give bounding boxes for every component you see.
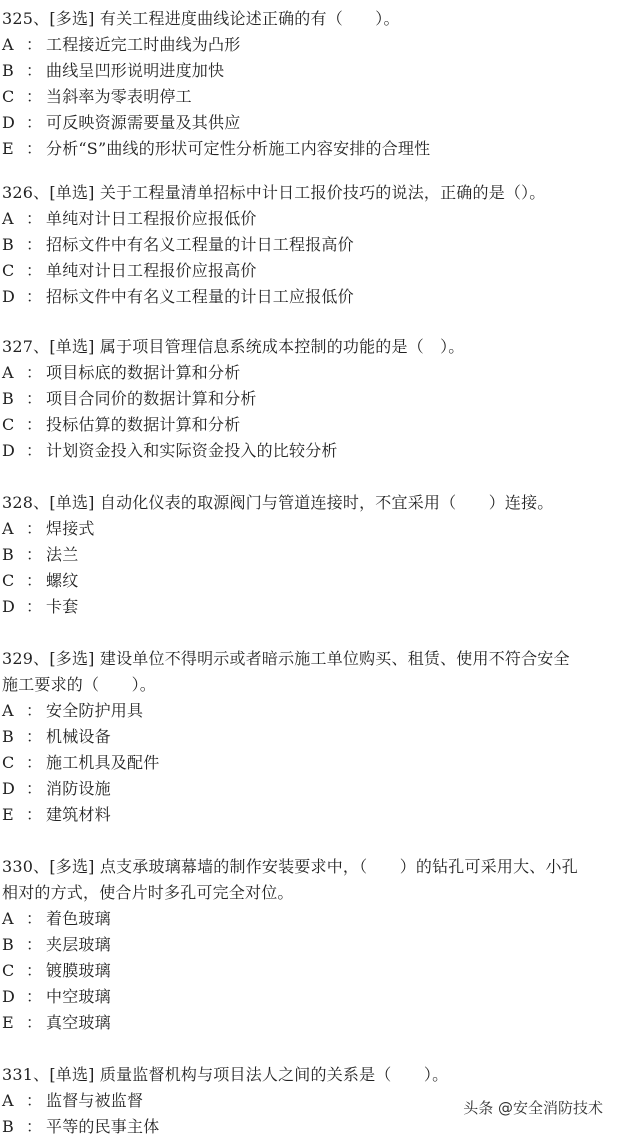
option-a: A：工程接近完工时曲线为凸形 — [2, 32, 617, 58]
question-stem: 326、[单选] 关于工程量清单招标中计日工报价技巧的说法，正确的是（）。 — [2, 180, 617, 206]
option-b: B：机械设备 — [2, 724, 617, 750]
option-c: C：当斜率为零表明停工 — [2, 84, 617, 110]
option-d: D：招标文件中有名义工程量的计日工应报低价 — [2, 284, 617, 310]
question-326: 326、[单选] 关于工程量清单招标中计日工报价技巧的说法，正确的是（）。 A：… — [2, 180, 617, 310]
option-text: 夹层玻璃 — [46, 935, 111, 954]
option-c: C：螺纹 — [2, 568, 617, 594]
option-a: A：焊接式 — [2, 516, 617, 542]
option-text: 真空玻璃 — [46, 1013, 111, 1032]
option-text: 着色玻璃 — [46, 909, 111, 928]
option-b: B：夹层玻璃 — [2, 932, 617, 958]
question-stem: 330、[多选] 点支承玻璃幕墙的制作安装要求中，（ ）的钻孔可采用大、小孔 — [2, 854, 617, 880]
question-stem-continued: 施工要求的（ ）。 — [2, 672, 617, 698]
option-text: 焊接式 — [46, 519, 95, 538]
option-b: B：项目合同价的数据计算和分析 — [2, 386, 617, 412]
option-text: 法兰 — [46, 545, 78, 564]
option-d: D：可反映资源需要量及其供应 — [2, 110, 617, 136]
question-stem: 329、[多选] 建设单位不得明示或者暗示施工单位购买、租赁、使用不符合安全 — [2, 646, 617, 672]
option-text: 镀膜玻璃 — [46, 961, 111, 980]
option-a: A：单纯对计日工程报价应报低价 — [2, 206, 617, 232]
option-d: D：卡套 — [2, 594, 617, 620]
question-329: 329、[多选] 建设单位不得明示或者暗示施工单位购买、租赁、使用不符合安全 施… — [2, 646, 617, 828]
option-text: 招标文件中有名义工程量的计日工程报高价 — [46, 235, 354, 254]
question-stem: 328、[单选] 自动化仪表的取源阀门与管道连接时，不宜采用（ ）连接。 — [2, 490, 617, 516]
option-c: C：投标估算的数据计算和分析 — [2, 412, 617, 438]
option-b: B：曲线呈凹形说明进度加快 — [2, 58, 617, 84]
option-e: E：分析“S”曲线的形状可定性分析施工内容安排的合理性 — [2, 136, 617, 162]
option-a: A：着色玻璃 — [2, 906, 617, 932]
question-stem: 327、[单选] 属于项目管理信息系统成本控制的功能的是（ ）。 — [2, 334, 617, 360]
option-a: A：项目标底的数据计算和分析 — [2, 360, 617, 386]
option-text: 分析“S”曲线的形状可定性分析施工内容安排的合理性 — [46, 139, 430, 158]
question-stem: 331、[单选] 质量监督机构与项目法人之间的关系是（ ）。 — [2, 1062, 617, 1088]
option-text: 机械设备 — [46, 727, 111, 746]
option-text: 卡套 — [46, 597, 78, 616]
option-text: 可反映资源需要量及其供应 — [46, 113, 240, 132]
option-text: 项目合同价的数据计算和分析 — [46, 389, 257, 408]
option-text: 计划资金投入和实际资金投入的比较分析 — [46, 441, 338, 460]
option-text: 单纯对计日工程报价应报低价 — [46, 209, 257, 228]
option-text: 监督与被监督 — [46, 1091, 143, 1110]
question-328: 328、[单选] 自动化仪表的取源阀门与管道连接时，不宜采用（ ）连接。 A：焊… — [2, 490, 617, 620]
option-e: E：真空玻璃 — [2, 1010, 617, 1036]
watermark: 头条 @安全消防技术 — [463, 1097, 603, 1118]
option-text: 工程接近完工时曲线为凸形 — [46, 35, 240, 54]
option-d: D：计划资金投入和实际资金投入的比较分析 — [2, 438, 617, 464]
option-c: C：镀膜玻璃 — [2, 958, 617, 984]
option-a: A：安全防护用具 — [2, 698, 617, 724]
option-text: 项目标底的数据计算和分析 — [46, 363, 240, 382]
question-stem-continued: 相对的方式，使合片时多孔可完全对位。 — [2, 880, 617, 906]
option-text: 安全防护用具 — [46, 701, 143, 720]
option-c: C：单纯对计日工程报价应报高价 — [2, 258, 617, 284]
option-text: 施工机具及配件 — [46, 753, 159, 772]
question-327: 327、[单选] 属于项目管理信息系统成本控制的功能的是（ ）。 A：项目标底的… — [2, 334, 617, 464]
option-text: 招标文件中有名义工程量的计日工应报低价 — [46, 287, 354, 306]
option-text: 中空玻璃 — [46, 987, 111, 1006]
option-text: 单纯对计日工程报价应报高价 — [46, 261, 257, 280]
option-b: B：法兰 — [2, 542, 617, 568]
option-d: D：消防设施 — [2, 776, 617, 802]
option-e: E：建筑材料 — [2, 802, 617, 828]
option-text: 投标估算的数据计算和分析 — [46, 415, 240, 434]
option-text: 曲线呈凹形说明进度加快 — [46, 61, 224, 80]
option-text: 建筑材料 — [46, 805, 111, 824]
question-325: 325、[多选] 有关工程进度曲线论述正确的有（ ）。 A：工程接近完工时曲线为… — [2, 6, 617, 162]
option-text: 螺纹 — [46, 571, 78, 590]
option-d: D：中空玻璃 — [2, 984, 617, 1010]
option-text: 消防设施 — [46, 779, 111, 798]
option-text: 平等的民事主体 — [46, 1117, 159, 1136]
question-330: 330、[多选] 点支承玻璃幕墙的制作安装要求中，（ ）的钻孔可采用大、小孔 相… — [2, 854, 617, 1036]
option-c: C：施工机具及配件 — [2, 750, 617, 776]
option-text: 当斜率为零表明停工 — [46, 87, 192, 106]
option-b: B：招标文件中有名义工程量的计日工程报高价 — [2, 232, 617, 258]
question-stem: 325、[多选] 有关工程进度曲线论述正确的有（ ）。 — [2, 6, 617, 32]
